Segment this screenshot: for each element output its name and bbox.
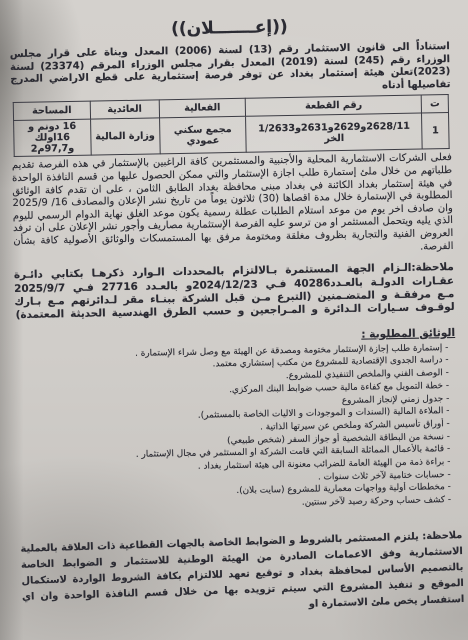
table-row: 1 2628/11و2629و2631و1/2633 الخر مجمع سكن… xyxy=(14,113,450,157)
header-activity: الفعالية xyxy=(159,99,246,119)
bold-note: ملاحظة:الـزام الجهة المستثمرة بـالالتزام… xyxy=(14,261,455,323)
cell-serial: 1 xyxy=(422,113,449,149)
required-documents-list: إستمارة طلب إجازة الإستثمار مختومة ومصدق… xyxy=(15,342,458,515)
plots-table: ت رقم القطعة الفعالية العائدية المساحة 1… xyxy=(13,94,450,157)
header-area: المساحة xyxy=(13,101,90,120)
header-serial: ت xyxy=(421,95,448,113)
announcement-title: ((إعـــــــلان)) xyxy=(9,14,449,42)
body-paragraph: فعلى الشركات الاستثمارية المحلية والأجنب… xyxy=(12,152,454,261)
document-photo: ((إعـــــــلان)) استناداً الى قانون الاس… xyxy=(0,0,468,640)
footer-note: ملاحظة: يلتزم المستثمر بالشروط و الضوابط… xyxy=(20,528,464,622)
header-ownership: العائدية xyxy=(90,100,159,119)
cell-activity: مجمع سكني عمودي xyxy=(159,117,246,155)
cell-ownership: وزارة المالية xyxy=(90,118,159,155)
cell-area: 16 دونم و 16اولك و97,7م2 xyxy=(14,119,91,156)
intro-paragraph: استناداً الى قانون الاستثمار رقم (13) لس… xyxy=(10,41,451,99)
cell-plot-number: 2628/11و2629و2631و1/2633 الخر xyxy=(246,113,423,152)
announcement-sheet: ((إعـــــــلان)) استناداً الى قانون الاس… xyxy=(0,0,468,640)
